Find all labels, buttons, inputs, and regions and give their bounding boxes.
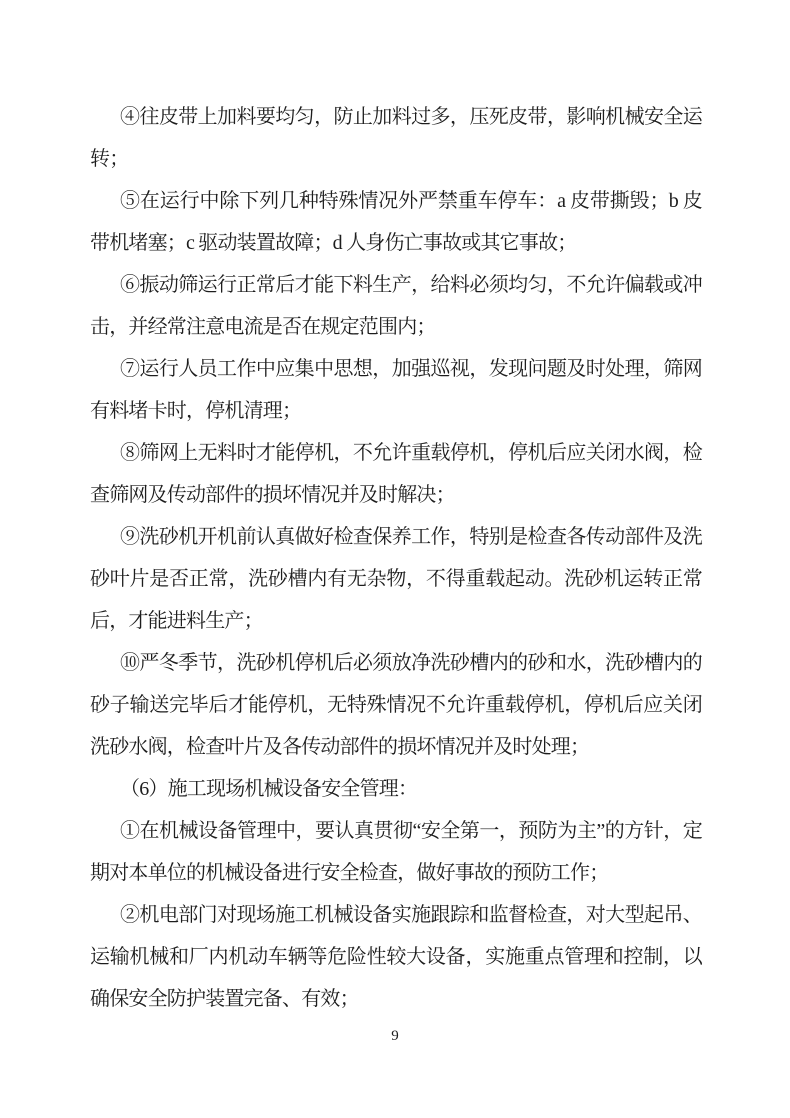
paragraph-screen-shutdown: ⑧筛网上无料时才能停机，不允许重载停机，停机后应关闭水阀，检查筛网及传动部件的损… [90,432,702,516]
paragraph-no-loaded-stop-exceptions: ⑤在运行中除下列几种特殊情况外严禁重车停车：a 皮带撕毁；b 皮带机堵塞；c 驱… [90,180,702,264]
paragraph-section-6-heading: （6）施工现场机械设备安全管理： [90,768,702,810]
paragraph-operator-attention: ⑦运行人员工作中应集中思想，加强巡视，发现问题及时处理，筛网有料堵卡时，停机清理… [90,348,702,432]
document-body: ④往皮带上加料要均匀，防止加料过多，压死皮带，影响机械安全运转； ⑤在运行中除下… [90,96,702,1020]
document-page: ④往皮带上加料要均匀，防止加料过多，压死皮带，影响机械安全运转； ⑤在运行中除下… [0,0,790,1118]
paragraph-belt-feeding: ④往皮带上加料要均匀，防止加料过多，压死皮带，影响机械安全运转； [90,96,702,180]
paragraph-safety-first-policy: ①在机械设备管理中，要认真贯彻“安全第一，预防为主”的方针，定期对本单位的机械设… [90,810,702,894]
paragraph-sand-washer-winter: ⑩严冬季节，洗砂机停机后必须放净洗砂槽内的砂和水，洗砂槽内的砂子输送完毕后才能停… [90,642,702,768]
paragraph-sand-washer-startup: ⑨洗砂机开机前认真做好检查保养工作，特别是检查各传动部件及洗砂叶片是否正常，洗砂… [90,516,702,642]
page-number: 9 [0,1026,790,1046]
paragraph-vibrating-screen-operation: ⑥振动筛运行正常后才能下料生产，给料必须均匀，不允许偏载或冲击，并经常注意电流是… [90,264,702,348]
paragraph-mechanical-electrical-dept: ②机电部门对现场施工机械设备实施跟踪和监督检查，对大型起吊、运输机械和厂内机动车… [90,894,702,1020]
